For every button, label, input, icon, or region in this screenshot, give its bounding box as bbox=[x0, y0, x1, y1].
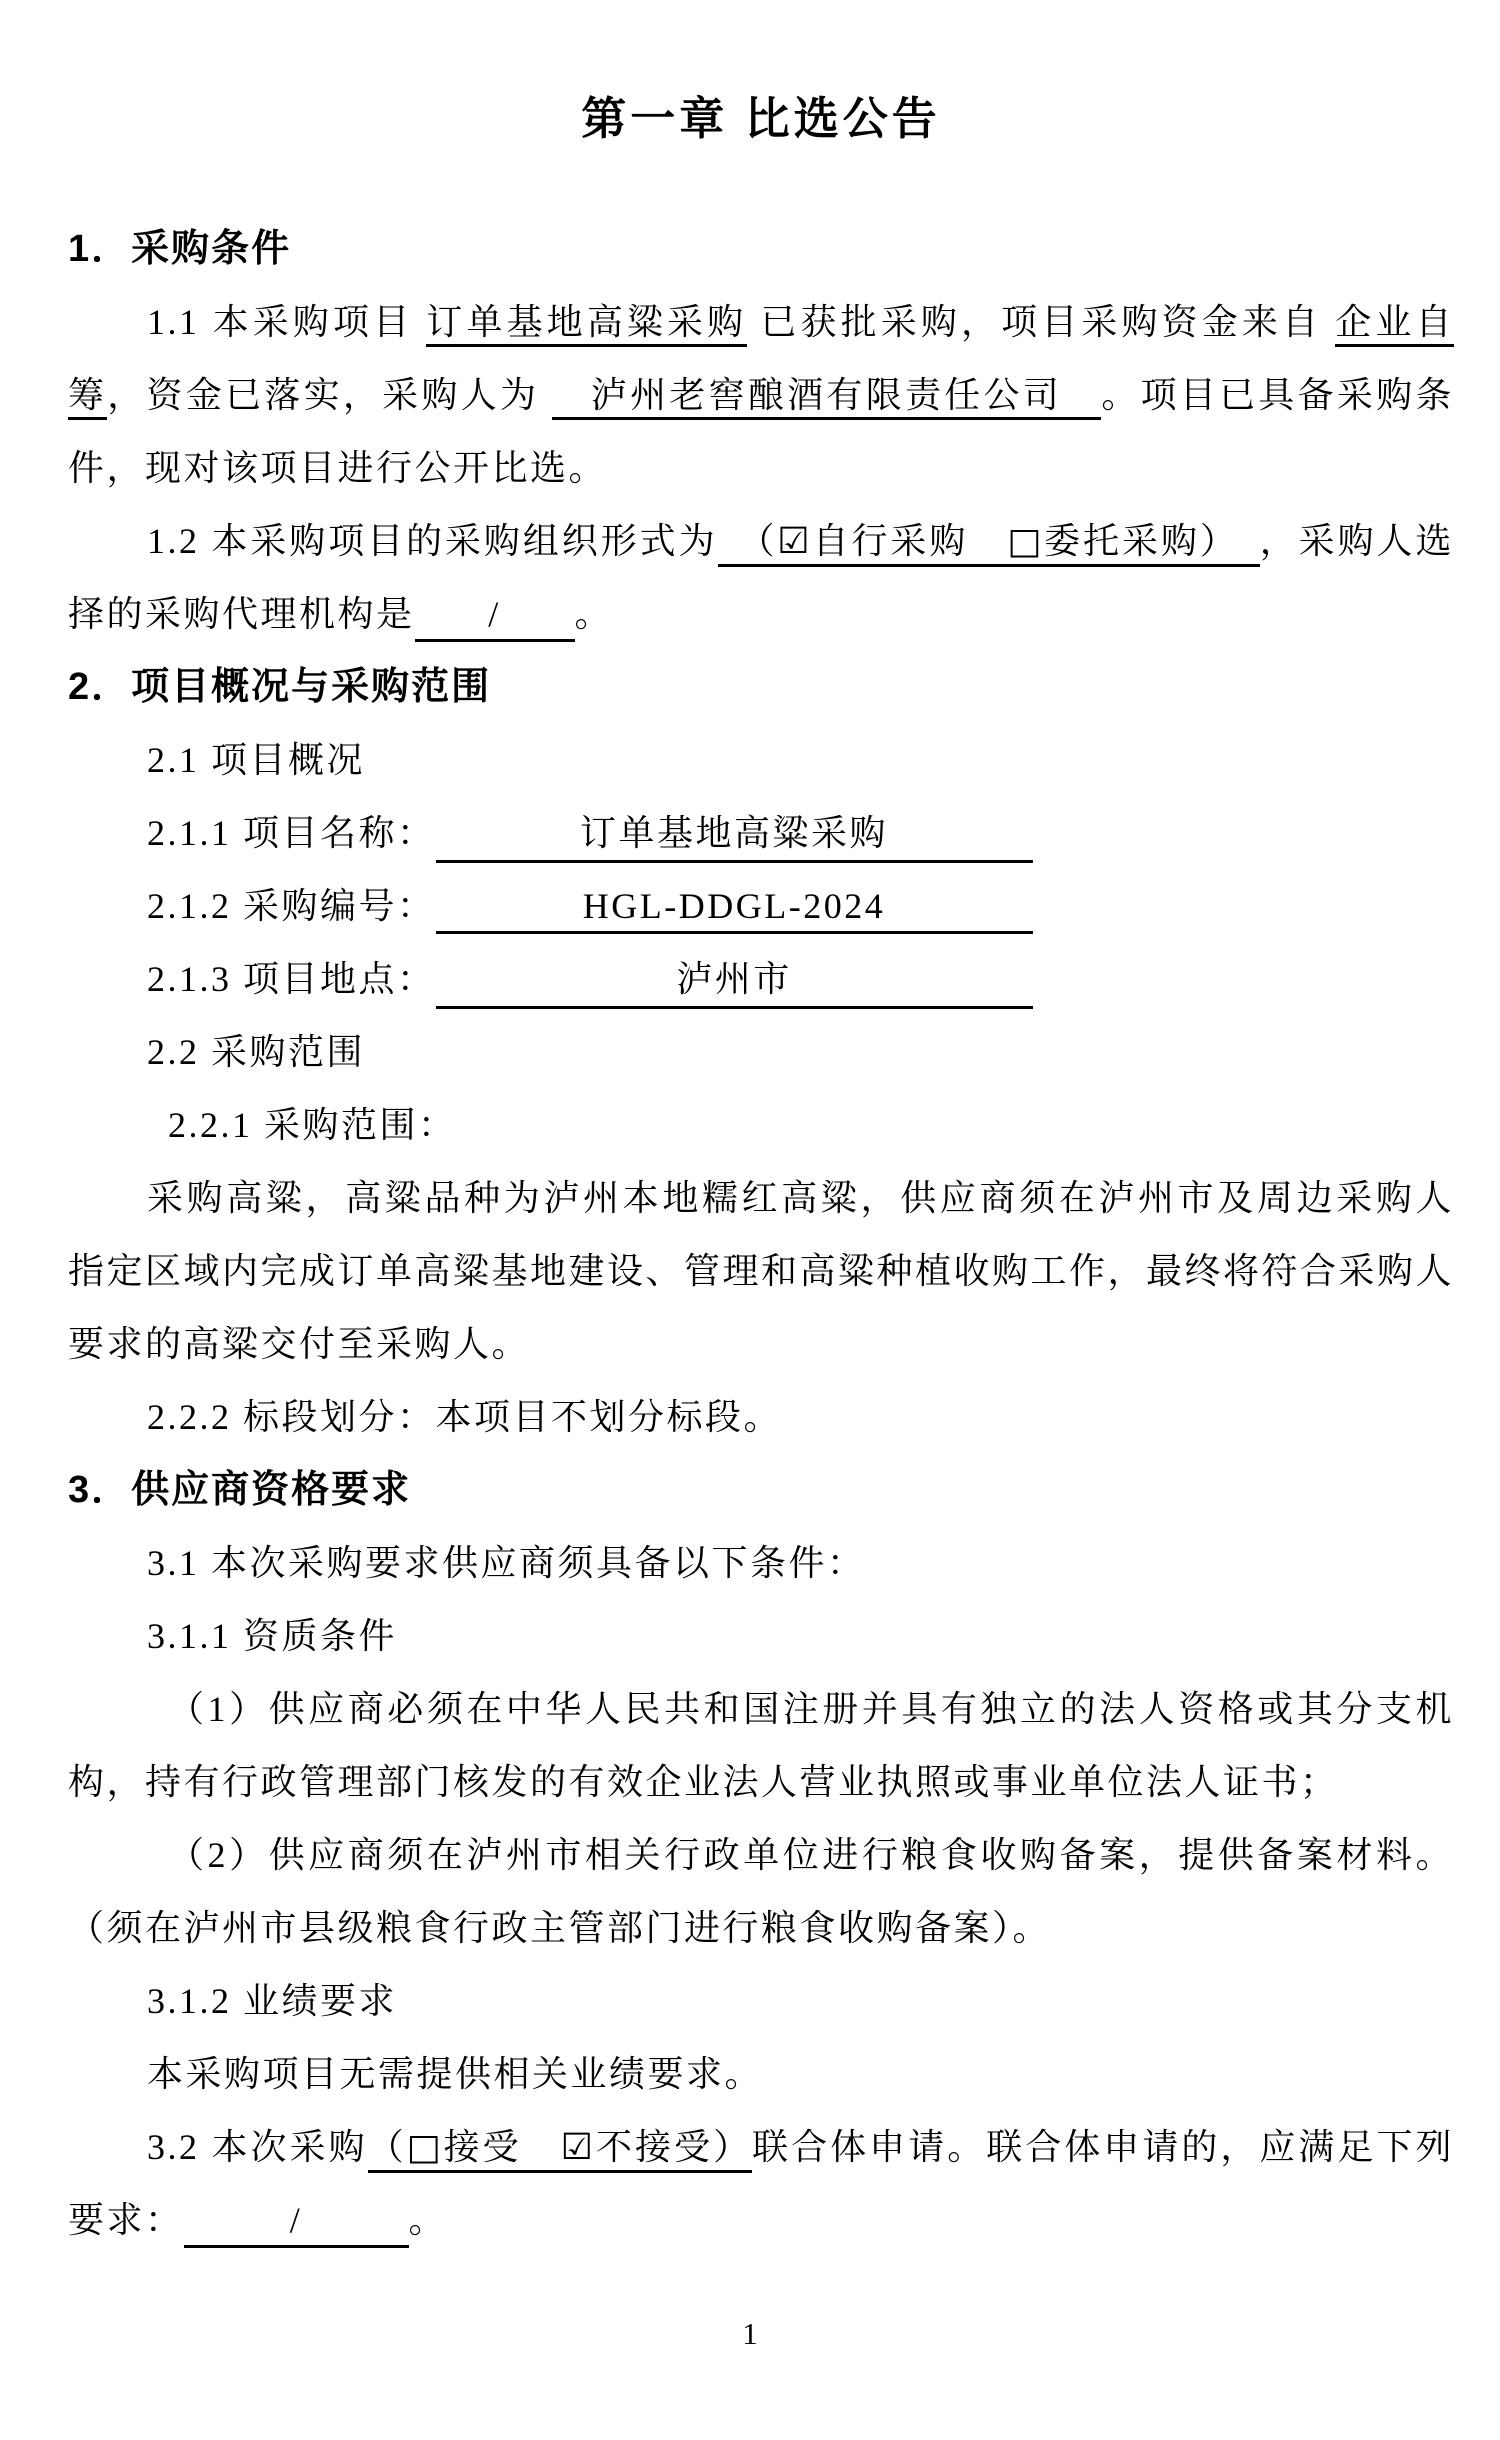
para-3-1: 3.1 本次采购要求供应商须具备以下条件： bbox=[68, 1527, 1454, 1600]
para-2-1: 2.1 项目概况 bbox=[68, 724, 1454, 797]
org-form-checkbox-group: （☑自行采购 □委托采购） bbox=[718, 521, 1260, 567]
field-procurement-number-label: 2.1.2 采购编号： bbox=[147, 886, 436, 926]
para-3-1-1-item1: （1）供应商必须在中华人民共和国注册并具有独立的法人资格或其分支机构，持有行政管… bbox=[68, 1673, 1454, 1819]
para-2-2-2: 2.2.2 标段划分：本项目不划分标段。 bbox=[68, 1381, 1454, 1454]
underline-purchaser-name: 泸州老窖酿酒有限责任公司 bbox=[552, 375, 1102, 420]
para-1-1: 1.1 本采购项目 订单基地高粱采购 已获批采购，项目采购资金来自 企业自筹，资… bbox=[68, 286, 1454, 505]
para-3-1-1-item2: （2）供应商须在泸州市相关行政单位进行粮食收购备案，提供备案材料。（须在泸州市县… bbox=[68, 1819, 1454, 1965]
field-procurement-number: 2.1.2 采购编号：HGL-DDGL-2024 bbox=[68, 870, 1454, 943]
para-3-2-pre: 3.2 本次采购 bbox=[147, 2127, 368, 2167]
field-project-name-value: 订单基地高粱采购 bbox=[436, 805, 1033, 863]
para-1-2-pre: 1.2 本采购项目的采购组织形式为 bbox=[147, 521, 718, 561]
para-2-2-1-body: 采购高粱，高粱品种为泸州本地糯红高粱，供应商须在泸州市及周边采购人指定区域内完成… bbox=[68, 1162, 1454, 1381]
consortium-requirement-blank: / bbox=[184, 2199, 409, 2248]
para-1-1-pre: 1.1 本采购项目 bbox=[147, 302, 426, 342]
field-project-name: 2.1.1 项目名称：订单基地高粱采购 bbox=[68, 797, 1454, 870]
para-1-2-post: 。 bbox=[575, 594, 614, 634]
field-project-name-label: 2.1.1 项目名称： bbox=[147, 813, 436, 853]
para-2-2-1: 2.2.1 采购范围： bbox=[68, 1089, 1454, 1162]
para-3-1-2: 3.1.2 业绩要求 bbox=[68, 1965, 1454, 2038]
agency-blank: / bbox=[415, 593, 575, 642]
page-number: 1 bbox=[0, 2316, 1500, 2352]
field-project-location: 2.1.3 项目地点：泸州市 bbox=[68, 943, 1454, 1016]
underline-project-name: 订单基地高粱采购 bbox=[426, 302, 747, 347]
para-3-1-1: 3.1.1 资质条件 bbox=[68, 1600, 1454, 1673]
section-3-heading: 3．供应商资格要求 bbox=[68, 1454, 1454, 1527]
section-1-heading: 1．采购条件 bbox=[68, 213, 1454, 286]
para-1-1-mid2: ，资金已落实，采购人为 bbox=[107, 375, 551, 415]
document-page: 第一章 比选公告 1．采购条件 1.1 本采购项目 订单基地高粱采购 已获批采购… bbox=[0, 0, 1500, 2440]
para-3-1-2-body: 本采购项目无需提供相关业绩要求。 bbox=[68, 2038, 1454, 2111]
para-3-2: 3.2 本次采购（□接受 ☑不接受）联合体申请。联合体申请的，应满足下列要求：/… bbox=[68, 2111, 1454, 2257]
consortium-checkbox-group: （□接受 ☑不接受） bbox=[368, 2127, 753, 2173]
field-project-location-value: 泸州市 bbox=[436, 951, 1033, 1009]
para-1-1-mid1: 已获批采购，项目采购资金来自 bbox=[747, 302, 1335, 342]
section-2-heading: 2．项目概况与采购范围 bbox=[68, 651, 1454, 724]
para-2-2: 2.2 采购范围 bbox=[68, 1016, 1454, 1089]
doc-title: 第一章 比选公告 bbox=[68, 82, 1454, 155]
para-3-2-post: 。 bbox=[409, 2200, 448, 2240]
field-project-location-label: 2.1.3 项目地点： bbox=[147, 959, 436, 999]
field-procurement-number-value: HGL-DDGL-2024 bbox=[436, 885, 1033, 934]
para-1-2: 1.2 本采购项目的采购组织形式为 （☑自行采购 □委托采购） ，采购人选择的采… bbox=[68, 505, 1454, 651]
